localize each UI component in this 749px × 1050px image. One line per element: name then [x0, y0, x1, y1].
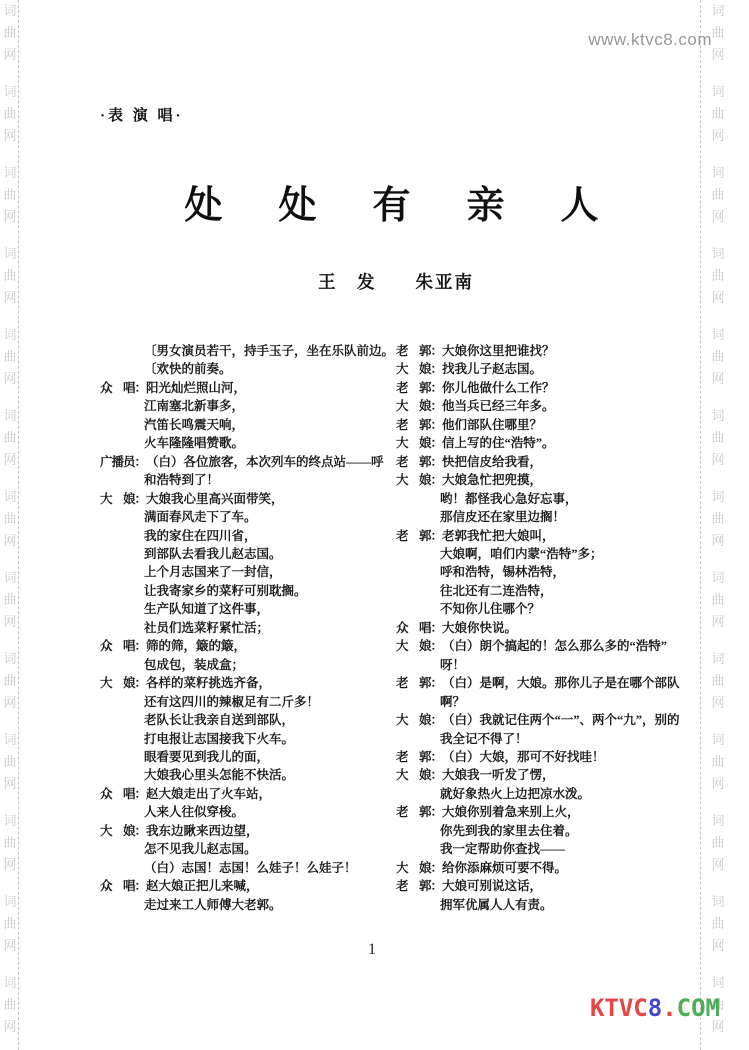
line-text: 〔欢快的前奏。: [144, 360, 396, 378]
script-line: 大 娘：大娘急忙把兜摸，: [396, 471, 696, 489]
line-text: 那信皮还在家里边搁！: [440, 508, 696, 526]
script-line: 大娘我心里头怎能不快活。: [100, 766, 396, 784]
watermark-char: 词: [711, 85, 724, 98]
line-text: 大娘我心里头怎能不快活。: [144, 766, 396, 784]
watermark-char: 网: [3, 696, 16, 709]
speaker-label: 众 唱：: [100, 379, 146, 397]
watermark-char: 词: [711, 733, 724, 746]
line-text: 让我寄家乡的菜籽可别耽搁。: [144, 582, 396, 600]
speaker-label: 众 唱：: [100, 637, 146, 655]
script-line: 大 娘：给你添麻烦可要不得。: [396, 859, 696, 877]
script-line: 还有这四川的辣椒足有二斤多！: [100, 693, 396, 711]
script-line: 眼看要见到我儿的面，: [100, 748, 396, 766]
speaker-label: [100, 766, 144, 784]
script-line: （白）志国！志国！么娃子！么娃子！: [100, 859, 396, 877]
watermark-group: 词曲网: [2, 247, 18, 304]
speaker-label: [100, 342, 144, 360]
watermark-group: 词曲网: [2, 409, 18, 466]
line-text: 大娘可别说这话，: [442, 877, 696, 895]
script-line: 老 郭：（白）是啊，大娘。那你儿子是在哪个部队: [396, 674, 696, 692]
watermark-group: 词曲网: [710, 490, 726, 547]
watermark-char: 曲: [3, 593, 16, 606]
speaker-label: [100, 656, 144, 674]
watermark-group: 词曲网: [2, 976, 18, 1033]
ktvc8-logo: KTVC8.COM: [590, 995, 720, 1021]
page-number: 1: [368, 941, 376, 959]
watermark-char: 曲: [3, 917, 16, 930]
speaker-label: [100, 896, 144, 914]
speaker-label: [396, 785, 440, 803]
script-line: 老 郭：大娘你这里把谁找？: [396, 342, 696, 360]
logo-text-com: COM: [677, 994, 720, 1022]
speaker-label: [100, 619, 144, 637]
script-line: 怎不见我儿赵志国。: [100, 840, 396, 858]
script-line: 众 唱：大娘你快说。: [396, 619, 696, 637]
speaker-label: 众 唱：: [100, 877, 146, 895]
line-text: 生产队知道了这件事，: [144, 600, 396, 618]
line-text: 赵大娘正把儿来喊，: [146, 877, 396, 895]
script-line: 火车隆隆唱赞歌。: [100, 434, 396, 452]
watermark-char: 网: [3, 777, 16, 790]
line-text: 包成包，装成盒；: [144, 656, 396, 674]
watermark-char: 曲: [711, 593, 724, 606]
right-watermark-column: 词曲网词曲网词曲网词曲网词曲网词曲网词曲网词曲网词曲网词曲网词曲网词曲网词曲网: [710, 0, 726, 1050]
speaker-label: 老 郭：: [396, 877, 442, 895]
line-text: 他们部队住哪里？: [442, 416, 696, 434]
line-text: 我东边瞅来西边望，: [146, 822, 396, 840]
speaker-label: [100, 859, 144, 877]
watermark-char: 词: [711, 895, 724, 908]
speaker-label: [396, 822, 440, 840]
line-text: 满面春风走下了车。: [144, 508, 396, 526]
watermark-char: 曲: [3, 188, 16, 201]
watermark-char: 词: [711, 409, 724, 422]
watermark-char: 词: [711, 328, 724, 341]
speaker-label: [396, 490, 440, 508]
script-line: 到部队去看我儿赵志国。: [100, 545, 396, 563]
line-text: 上个月志国来了一封信，: [144, 563, 396, 581]
watermark-char: 网: [711, 129, 724, 142]
line-text: 眼看要见到我儿的面，: [144, 748, 396, 766]
line-text: 快把信皮给我看，: [442, 453, 696, 471]
watermark-group: 词曲网: [710, 328, 726, 385]
speaker-label: 老 郭：: [396, 803, 442, 821]
speaker-label: 老 郭：: [396, 527, 442, 545]
line-text: （白）朗个搞起的！怎么那么多的“浩特”: [442, 637, 696, 655]
watermark-char: 曲: [711, 188, 724, 201]
speaker-label: [396, 693, 440, 711]
speaker-label: 广播员：: [100, 453, 146, 471]
speaker-label: 众 唱：: [396, 619, 442, 637]
script-line: 大 娘：大娘我一听发了愣，: [396, 766, 696, 784]
line-text: 我全记不得了！: [440, 730, 696, 748]
line-text: 大娘我一听发了愣，: [442, 766, 696, 784]
line-text: 大娘你这里把谁找？: [442, 342, 696, 360]
watermark-char: 网: [3, 858, 16, 871]
speaker-label: [396, 730, 440, 748]
watermark-char: 词: [711, 652, 724, 665]
watermark-char: 词: [3, 85, 16, 98]
watermark-char: 曲: [3, 755, 16, 768]
speaker-label: 老 郭：: [396, 416, 442, 434]
speaker-label: 大 娘：: [396, 711, 442, 729]
line-text: （白）各位旅客，本次列车的终点站——呼: [146, 453, 396, 471]
script-line: 我全记不得了！: [396, 730, 696, 748]
script-line: 那信皮还在家里边搁！: [396, 508, 696, 526]
speaker-label: [100, 748, 144, 766]
line-text: 哟！都怪我心急好忘事，: [440, 490, 696, 508]
speaker-label: 众 唱：: [100, 785, 146, 803]
speaker-label: [396, 840, 440, 858]
line-text: （白）是啊，大娘。那你儿子是在哪个部队: [442, 674, 696, 692]
right-text-column: 老 郭：大娘你这里把谁找？大 娘：找我儿子赵志国。老 郭：你儿他做什么工作？大 …: [396, 342, 696, 914]
speaker-label: [396, 545, 440, 563]
speaker-label: [100, 545, 144, 563]
logo-text-ktvc: KTVC: [590, 994, 648, 1022]
line-text: 和浩特到了！: [144, 471, 396, 489]
speaker-label: 大 娘：: [396, 397, 442, 415]
script-line: 老 郭：快把信皮给我看，: [396, 453, 696, 471]
line-text: 你儿他做什么工作？: [442, 379, 696, 397]
script-line: 人来人往似穿梭。: [100, 803, 396, 821]
watermark-group: 词曲网: [2, 166, 18, 223]
speaker-label: [100, 416, 144, 434]
speaker-label: [100, 803, 144, 821]
watermark-char: 曲: [3, 269, 16, 282]
speaker-label: 老 郭：: [396, 674, 442, 692]
speaker-label: 老 郭：: [396, 748, 442, 766]
line-text: 阳光灿烂照山河，: [146, 379, 396, 397]
line-text: 找我儿子赵志国。: [442, 360, 696, 378]
script-line: 和浩特到了！: [100, 471, 396, 489]
script-line: 众 唱：赵大娘正把儿来喊，: [100, 877, 396, 895]
line-text: 啊？: [440, 693, 696, 711]
watermark-char: 词: [3, 652, 16, 665]
watermark-char: 曲: [3, 512, 16, 525]
line-text: 〔男女演员若干，持手玉子，坐在乐队前边。: [144, 342, 396, 360]
script-line: 老 郭：他们部队住哪里？: [396, 416, 696, 434]
line-text: 大娘我心里高兴面带笑，: [146, 490, 396, 508]
speaker-label: [396, 656, 440, 674]
speaker-label: 大 娘：: [100, 822, 146, 840]
script-line: 汽笛长鸣震天响，: [100, 416, 396, 434]
speaker-label: [100, 471, 144, 489]
watermark-char: 曲: [3, 998, 16, 1011]
line-text: 社员们选菜籽紧忙活；: [144, 619, 396, 637]
line-text: 汽笛长鸣震天响，: [144, 416, 396, 434]
watermark-group: 词曲网: [710, 733, 726, 790]
watermark-group: 词曲网: [710, 814, 726, 871]
watermark-char: 网: [711, 453, 724, 466]
document-page: 词曲网词曲网词曲网词曲网词曲网词曲网词曲网词曲网词曲网词曲网词曲网词曲网词曲网 …: [0, 0, 749, 1050]
watermark-char: 曲: [3, 836, 16, 849]
watermark-group: 词曲网: [2, 814, 18, 871]
line-text: 火车隆隆唱赞歌。: [144, 434, 396, 452]
watermark-char: 网: [711, 858, 724, 871]
line-text: 大娘你快说。: [442, 619, 696, 637]
line-text: 呼和浩特，锡林浩特，: [440, 563, 696, 581]
speaker-label: 老 郭：: [396, 342, 442, 360]
speaker-label: [100, 711, 144, 729]
speaker-label: 老 郭：: [396, 453, 442, 471]
watermark-char: 曲: [3, 107, 16, 120]
speaker-label: [100, 360, 144, 378]
script-line: 广播员：（白）各位旅客，本次列车的终点站——呼: [100, 453, 396, 471]
line-text: 到部队去看我儿赵志国。: [144, 545, 396, 563]
line-text: 就好象热火上边把凉水泼。: [440, 785, 696, 803]
speaker-label: 大 娘：: [100, 674, 146, 692]
speaker-label: [396, 582, 440, 600]
script-line: 就好象热火上边把凉水泼。: [396, 785, 696, 803]
watermark-group: 词曲网: [710, 247, 726, 304]
script-line: 老 郭：大娘可别说这话，: [396, 877, 696, 895]
watermark-group: 词曲网: [2, 85, 18, 142]
watermark-group: 词曲网: [710, 571, 726, 628]
watermark-char: 词: [3, 733, 16, 746]
watermark-char: 网: [711, 372, 724, 385]
line-text: 大娘急忙把兜摸，: [442, 471, 696, 489]
watermark-group: 词曲网: [2, 4, 18, 61]
watermark-char: 网: [3, 939, 16, 952]
watermark-char: 网: [711, 696, 724, 709]
watermark-char: 词: [711, 814, 724, 827]
watermark-group: 词曲网: [710, 85, 726, 142]
line-text: 还有这四川的辣椒足有二斤多！: [144, 693, 396, 711]
line-text: 老郭我忙把大娘叫，: [442, 527, 696, 545]
watermark-group: 词曲网: [2, 733, 18, 790]
line-text: 给你添麻烦可要不得。: [442, 859, 696, 877]
line-text: 筛的筛，簸的簸，: [146, 637, 396, 655]
script-line: 大 娘：我东边瞅来西边望，: [100, 822, 396, 840]
speaker-label: 大 娘：: [396, 360, 442, 378]
line-text: 江南塞北新事多，: [144, 397, 396, 415]
line-text: 各样的菜籽挑选齐备，: [146, 674, 396, 692]
watermark-char: 网: [3, 372, 16, 385]
watermark-char: 词: [711, 166, 724, 179]
speaker-label: [100, 600, 144, 618]
script-line: 往北还有二连浩特，: [396, 582, 696, 600]
script-line: 社员们选菜籽紧忙活；: [100, 619, 396, 637]
left-dashed-rule: [18, 0, 19, 1050]
watermark-char: 网: [711, 210, 724, 223]
script-line: 大 娘：信上写的住“浩特”。: [396, 434, 696, 452]
watermark-group: 词曲网: [710, 4, 726, 61]
watermark-group: 词曲网: [2, 490, 18, 547]
script-line: 大 娘：（白）我就记住两个“一”、两个“九”，别的: [396, 711, 696, 729]
script-line: 老 郭：大娘你别着急来别上火，: [396, 803, 696, 821]
script-line: 我一定帮助你查找——: [396, 840, 696, 858]
watermark-char: 曲: [3, 26, 16, 39]
line-text: 赵大娘走出了火车站，: [146, 785, 396, 803]
speaker-label: [100, 582, 144, 600]
line-text: 大娘啊，咱们内蒙“浩特”多；: [440, 545, 696, 563]
speaker-label: 老 郭：: [396, 379, 442, 397]
watermark-char: 词: [3, 247, 16, 260]
watermark-char: 词: [3, 328, 16, 341]
watermark-char: 曲: [711, 755, 724, 768]
site-url-watermark: www.ktvc8.com: [588, 30, 712, 50]
watermark-char: 网: [711, 291, 724, 304]
script-line: 呼和浩特，锡林浩特，: [396, 563, 696, 581]
script-line: 打电报让志国接我下火车。: [100, 730, 396, 748]
watermark-char: 词: [711, 490, 724, 503]
watermark-char: 曲: [711, 269, 724, 282]
speaker-label: [100, 693, 144, 711]
watermark-group: 词曲网: [710, 409, 726, 466]
watermark-char: 词: [3, 4, 16, 17]
speaker-label: [100, 434, 144, 452]
line-text: （白）志国！志国！么娃子！么娃子！: [144, 859, 396, 877]
watermark-char: 曲: [711, 836, 724, 849]
script-line: 大娘啊，咱们内蒙“浩特”多；: [396, 545, 696, 563]
watermark-group: 词曲网: [710, 652, 726, 709]
speaker-label: [100, 563, 144, 581]
line-text: 不知你儿住哪个？: [440, 600, 696, 618]
watermark-char: 曲: [711, 350, 724, 363]
line-text: 人来人往似穿梭。: [144, 803, 396, 821]
watermark-char: 词: [3, 166, 16, 179]
script-line: 让我寄家乡的菜籽可别耽搁。: [100, 582, 396, 600]
watermark-char: 词: [711, 976, 724, 989]
watermark-char: 网: [711, 777, 724, 790]
watermark-char: 曲: [711, 107, 724, 120]
script-line: 满面春风走下了车。: [100, 508, 396, 526]
script-line: 众 唱：筛的筛，簸的簸，: [100, 637, 396, 655]
speaker-label: 大 娘：: [396, 859, 442, 877]
watermark-char: 曲: [711, 512, 724, 525]
watermark-char: 词: [3, 814, 16, 827]
script-line: 你先到我的家里去住着。: [396, 822, 696, 840]
watermark-char: 词: [3, 571, 16, 584]
script-line: 啊？: [396, 693, 696, 711]
script-line: 生产队知道了这件事，: [100, 600, 396, 618]
speaker-label: [100, 527, 144, 545]
left-watermark-column: 词曲网词曲网词曲网词曲网词曲网词曲网词曲网词曲网词曲网词曲网词曲网词曲网词曲网: [2, 0, 18, 1050]
script-line: 不知你儿住哪个？: [396, 600, 696, 618]
line-text: 我一定帮助你查找——: [440, 840, 696, 858]
speaker-label: 大 娘：: [396, 637, 442, 655]
line-text: （白）大娘，那可不好找哇！: [442, 748, 696, 766]
watermark-char: 网: [3, 615, 16, 628]
script-line: 众 唱：阳光灿烂照山河，: [100, 379, 396, 397]
watermark-char: 网: [3, 1020, 16, 1033]
speaker-label: [396, 600, 440, 618]
watermark-char: 曲: [711, 26, 724, 39]
watermark-group: 词曲网: [2, 895, 18, 952]
script-line: 大 娘：找我儿子赵志国。: [396, 360, 696, 378]
script-line: 大 娘：（白）朗个搞起的！怎么那么多的“浩特”: [396, 637, 696, 655]
speaker-label: [100, 840, 144, 858]
speaker-label: [100, 730, 144, 748]
script-line: 拥军优属人人有责。: [396, 896, 696, 914]
watermark-char: 网: [3, 534, 16, 547]
script-line: 大 娘：各样的菜籽挑选齐备，: [100, 674, 396, 692]
script-line: 众 唱：赵大娘走出了火车站，: [100, 785, 396, 803]
script-line: 老 郭：（白）大娘，那可不好找哇！: [396, 748, 696, 766]
watermark-char: 词: [711, 571, 724, 584]
line-text: 走过来工人师傅大老郭。: [144, 896, 396, 914]
speaker-label: 大 娘：: [396, 471, 442, 489]
script-line: 上个月志国来了一封信，: [100, 563, 396, 581]
speaker-label: 大 娘：: [396, 434, 442, 452]
line-text: （白）我就记住两个“一”、两个“九”，别的: [442, 711, 696, 729]
watermark-char: 曲: [3, 674, 16, 687]
script-line: 走过来工人师傅大老郭。: [100, 896, 396, 914]
line-text: 老队长让我亲自送到部队，: [144, 711, 396, 729]
line-text: 往北还有二连浩特，: [440, 582, 696, 600]
line-text: 信上写的住“浩特”。: [442, 434, 696, 452]
speaker-label: [396, 508, 440, 526]
line-text: 他当兵已经三年多。: [442, 397, 696, 415]
watermark-char: 词: [711, 4, 724, 17]
watermark-group: 词曲网: [2, 328, 18, 385]
watermark-group: 词曲网: [2, 652, 18, 709]
page-title: 处 处 有 亲 人: [100, 184, 692, 228]
watermark-char: 网: [711, 939, 724, 952]
watermark-char: 曲: [711, 431, 724, 444]
speaker-label: [100, 397, 144, 415]
watermark-char: 网: [3, 291, 16, 304]
left-text-column: 〔男女演员若干，持手玉子，坐在乐队前边。〔欢快的前奏。众 唱：阳光灿烂照山河，江…: [100, 342, 396, 914]
right-dashed-rule: [700, 0, 701, 1050]
watermark-char: 词: [3, 490, 16, 503]
section-label: ·表 演 唱·: [100, 104, 184, 125]
line-text: 大娘你别着急来别上火，: [442, 803, 696, 821]
script-line: 大 娘：他当兵已经三年多。: [396, 397, 696, 415]
watermark-char: 词: [711, 247, 724, 260]
script-line: 老队长让我亲自送到部队，: [100, 711, 396, 729]
line-text: 怎不见我儿赵志国。: [144, 840, 396, 858]
watermark-char: 网: [3, 48, 16, 61]
line-text: 打电报让志国接我下火车。: [144, 730, 396, 748]
watermark-char: 网: [711, 534, 724, 547]
script-line: 江南塞北新事多，: [100, 397, 396, 415]
logo-text-dot: .: [662, 994, 676, 1022]
watermark-char: 词: [3, 976, 16, 989]
watermark-char: 曲: [3, 431, 16, 444]
speaker-label: [396, 563, 440, 581]
speaker-label: 大 娘：: [100, 490, 146, 508]
speaker-label: [100, 508, 144, 526]
logo-text-8: 8: [648, 994, 662, 1022]
speaker-label: [396, 896, 440, 914]
watermark-char: 曲: [711, 674, 724, 687]
watermark-char: 网: [3, 210, 16, 223]
line-text: 呀！: [440, 656, 696, 674]
watermark-char: 网: [3, 453, 16, 466]
script-line: 〔欢快的前奏。: [100, 360, 396, 378]
speaker-label: 大 娘：: [396, 766, 442, 784]
script-line: 大 娘：大娘我心里高兴面带笑，: [100, 490, 396, 508]
watermark-char: 曲: [3, 350, 16, 363]
script-line: 哟！都怪我心急好忘事，: [396, 490, 696, 508]
script-line: 〔男女演员若干，持手玉子，坐在乐队前边。: [100, 342, 396, 360]
script-line: 老 郭：你儿他做什么工作？: [396, 379, 696, 397]
watermark-char: 网: [3, 129, 16, 142]
watermark-group: 词曲网: [710, 895, 726, 952]
script-line: 呀！: [396, 656, 696, 674]
line-text: 拥军优属人人有责。: [440, 896, 696, 914]
watermark-char: 网: [711, 48, 724, 61]
line-text: 你先到我的家里去住着。: [440, 822, 696, 840]
watermark-char: 词: [3, 895, 16, 908]
script-line: 老 郭：老郭我忙把大娘叫，: [396, 527, 696, 545]
script-line: 包成包，装成盒；: [100, 656, 396, 674]
authors-line: 王 发 朱亚南: [100, 269, 692, 294]
watermark-group: 词曲网: [710, 166, 726, 223]
script-line: 我的家住在四川省，: [100, 527, 396, 545]
line-text: 我的家住在四川省，: [144, 527, 396, 545]
